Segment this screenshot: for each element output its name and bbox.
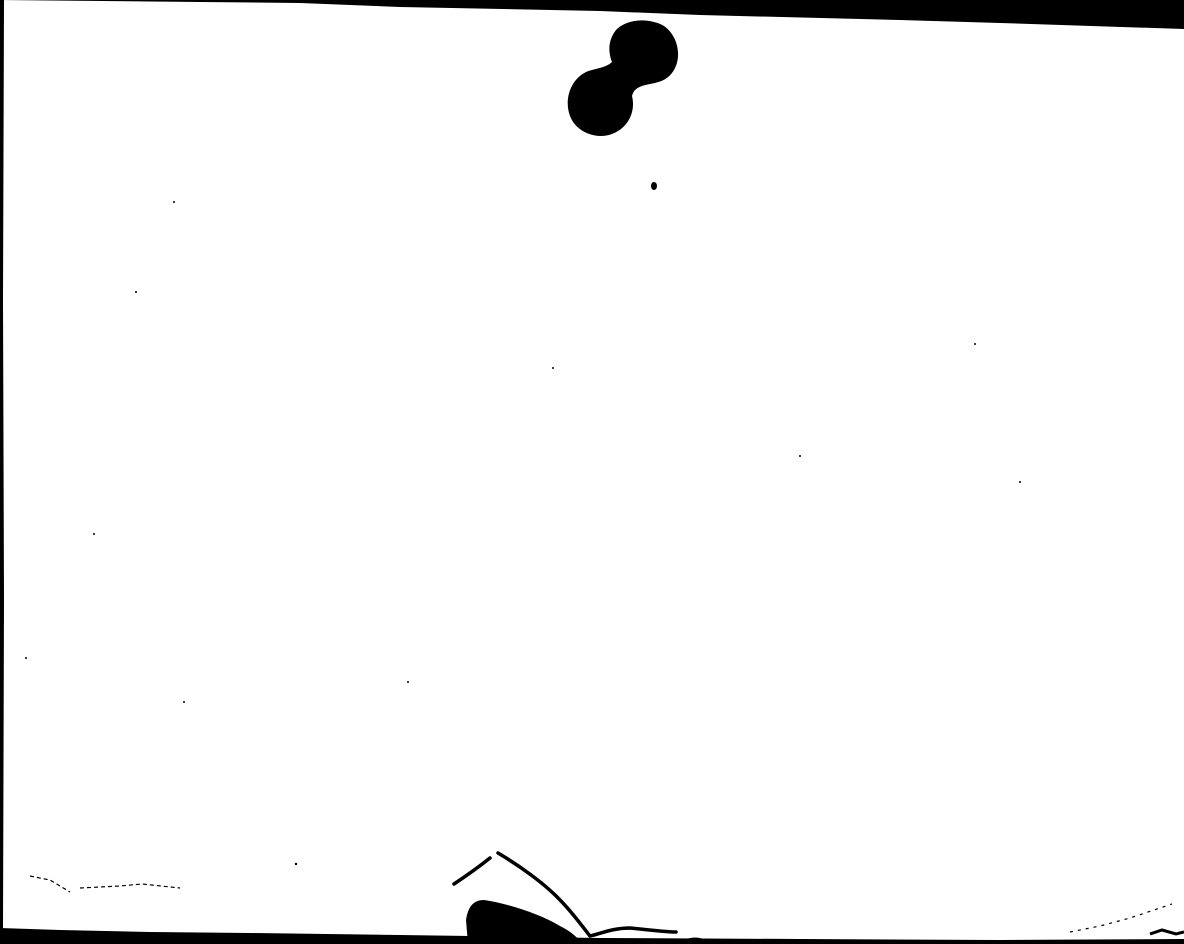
binarized-image [0, 0, 1184, 944]
small-speck [651, 182, 657, 190]
background [0, 0, 1184, 944]
